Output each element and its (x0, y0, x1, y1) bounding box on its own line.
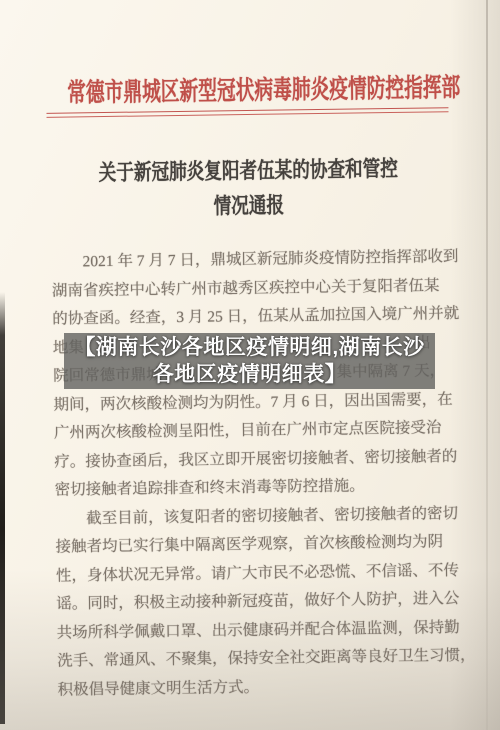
watermark-line1: 【湖南长沙各地区疫情明细,湖南长沙 (64, 334, 435, 361)
body-line: 洗手、常通风、不聚集，保持安全社交距离等良好卫生习惯， (57, 642, 449, 676)
watermark-caption-overlay: 【湖南长沙各地区疫情明细,湖南长沙 各地区疫情明细表】 (64, 333, 435, 389)
notice-body: 2021 年 7 月 7 日，鼎城区新冠肺炎疫情防控指挥部收到 湖南省疾控中心转… (51, 243, 449, 704)
body-line: 的协查函。经查，3 月 25 日，伍某从孟加拉国入境广州并就 (52, 300, 444, 334)
agency-header-title: 常德市鼎城区新型冠状病毒肺炎疫情防控指挥部 (67, 68, 427, 110)
body-line: 疗。接协查函后，我区立即开展密切接触者、密切接触者的 (54, 443, 446, 477)
document-photo: 常德市鼎城区新型冠状病毒肺炎疫情防控指挥部 关于新冠肺炎复阳者伍某的协查和管控 … (0, 0, 500, 730)
paper-right-edge-line (486, 0, 488, 730)
notice-title-line1: 关于新冠肺炎复阳者伍某的协查和管控 (48, 150, 448, 191)
watermark-line2: 各地区疫情明细表】 (64, 361, 435, 388)
notice-title: 关于新冠肺炎复阳者伍某的协查和管控 情况通报 (48, 150, 449, 226)
notice-title-line2: 情况通报 (49, 185, 449, 226)
body-line: 积极倡导健康文明生活方式。 (57, 671, 449, 705)
photo-left-edge-shadow (0, 292, 5, 724)
